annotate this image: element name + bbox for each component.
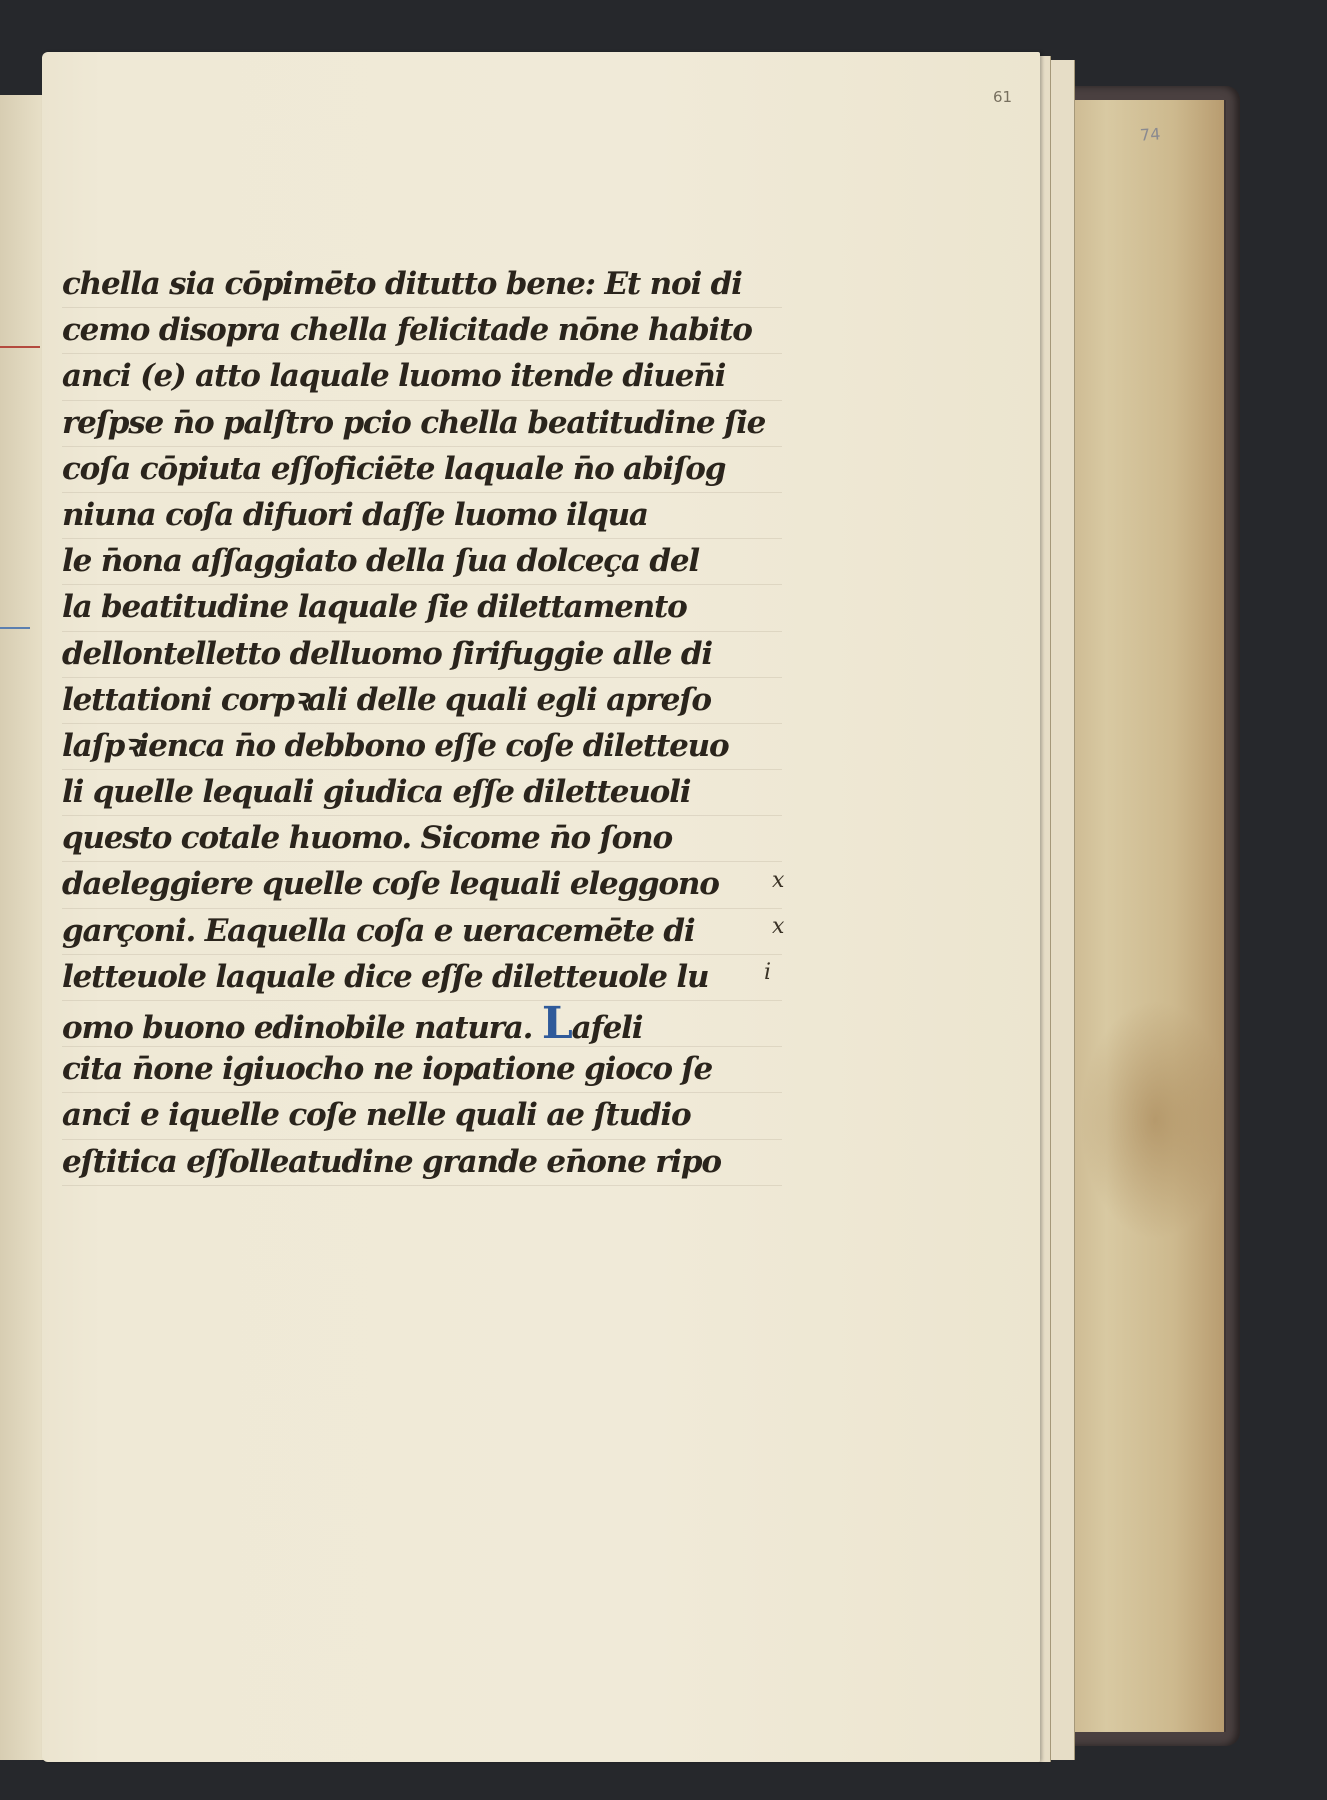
text-line: chella sia cōpimēto ditutto bene: Et noi… xyxy=(62,262,782,308)
blue-initial-letter: L xyxy=(542,998,572,1049)
pastedown-endleaf xyxy=(1056,100,1226,1732)
blue-rubric-stroke xyxy=(0,627,30,629)
red-rubric-stroke xyxy=(0,346,40,348)
text-line: li quelle lequali giudica eſſe diletteuo… xyxy=(62,770,782,816)
margin-mark: x xyxy=(772,868,784,893)
text-line: cita n̄one igiuocho ne iopatione gioco ſ… xyxy=(62,1047,782,1093)
text-line-with-initial: omo buono edinobile natura. Lafeli xyxy=(62,1001,782,1047)
facing-page-left xyxy=(0,95,46,1760)
text-line: laſpꝛienca n̄o debbono eſſe coſe dilette… xyxy=(62,724,782,770)
text-line: daeleggiere quelle coſe lequali eleggono xyxy=(62,862,782,908)
text-line: anci e iquelle coſe nelle quali ae ſtudi… xyxy=(62,1093,782,1139)
folio-number: 61 xyxy=(993,88,1012,106)
text-line-content: omo buono edinobile natura. xyxy=(62,1010,532,1046)
text-line: eſtitica eſſolleatudine grande en̄one ri… xyxy=(62,1140,782,1186)
text-column: chella sia cōpimēto ditutto bene: Et noi… xyxy=(62,262,782,1186)
text-line: dellontelletto delluomo ſirifuggie alle … xyxy=(62,632,782,678)
water-stain xyxy=(1080,1000,1230,1240)
text-line: le n̄ona aſſaggiato della ſua dolceça de… xyxy=(62,539,782,585)
text-line: anci (e) atto laquale luomo itende diuen… xyxy=(62,354,782,400)
text-line: reſpse n̄o palſtro pcio chella beatitudi… xyxy=(62,401,782,447)
text-line: cemo disopra chella felicitade nōne habi… xyxy=(62,308,782,354)
margin-mark: i xyxy=(764,960,771,985)
text-line: la beatitudine laquale ſie dilettamento xyxy=(62,585,782,631)
text-line: lettationi corpꝛali delle quali egli apr… xyxy=(62,678,782,724)
text-line: niuna coſa difuori daſſe luomo ilqua xyxy=(62,493,782,539)
text-line: questo cotale huomo. Sicome n̄o ſono xyxy=(62,816,782,862)
margin-mark: x xyxy=(772,914,784,939)
pastedown-shelfmark: 74 xyxy=(1139,124,1161,144)
initial-continuation: afeli xyxy=(572,1010,643,1046)
text-line: garçoni. Eaquella coſa e ueracemēte di xyxy=(62,909,782,955)
text-line: coſa cōpiuta eſſoficiēte laquale n̄o abi… xyxy=(62,447,782,493)
text-line: letteuole laquale dice eſſe diletteuole … xyxy=(62,955,782,1001)
